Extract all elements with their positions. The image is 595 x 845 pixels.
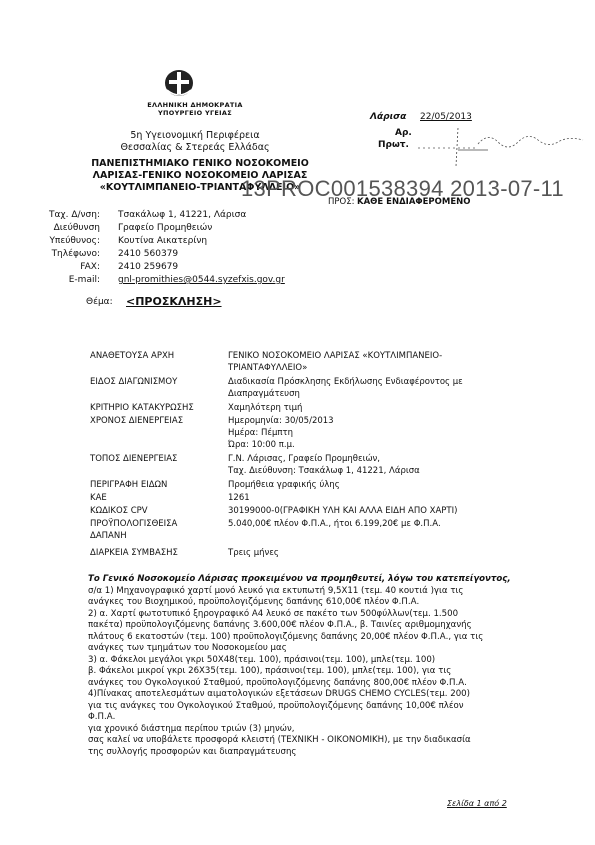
detail-label: ΚΑΕ — [90, 493, 107, 503]
body-line: 3) α. Φάκελοι μεγάλοι γκρι 50Χ48(τεμ. 10… — [88, 655, 435, 666]
detail-value: Ταχ. Διεύθυνση: Τσακάλωφ 1, 41221, Λάρισ… — [228, 466, 420, 476]
region-line-2: Θεσσαλίας & Στερεάς Ελλάδας — [110, 142, 280, 153]
detail-value: 1261 — [228, 493, 250, 503]
body-line: σας καλεί να υποβάλετε προσφορά κλειστή … — [88, 735, 471, 746]
detail-label: ΠΕΡΙΓΡΑΦΗ ΕΙΔΩΝ — [90, 480, 167, 490]
body-line: 2) α. Χαρτί φωτοτυπικό ξηρογραφικό Α4 λε… — [88, 609, 458, 620]
contact-fax-value: 2410 259679 — [118, 262, 178, 272]
detail-value: Ημερομηνία: 30/05/2013 — [228, 416, 334, 426]
handwritten-signature-icon — [418, 128, 588, 172]
contact-address-label: Ταχ. Δ/νση: — [30, 210, 100, 220]
contact-phone-label: Τηλέφωνο: — [30, 249, 100, 259]
body-line: πλάτους 6 εκατοστών (τεμ. 100) προϋπολογ… — [88, 632, 483, 643]
body-line: Φ.Π.Α. — [88, 712, 115, 723]
document-date: 22/05/2013 — [420, 112, 472, 122]
detail-label: ΚΡΙΤΗΡΙΟ ΚΑΤΑΚΥΡΩΣΗΣ — [90, 403, 194, 413]
detail-label: ΑΝΑΘΕΤΟΥΣΑ ΑΡΧΗ — [90, 351, 174, 361]
recipient-label: ΠΡΟΣ: — [328, 197, 354, 207]
detail-value: Διαδικασία Πρόσκλησης Εκδήλωσης Ενδιαφέρ… — [228, 377, 463, 387]
body-line: για τις ανάγκες του Ογκολογικού Σταθμού,… — [88, 701, 464, 712]
detail-value: Προμήθεια γραφικής ύλης — [228, 480, 340, 490]
detail-value: Γ.Ν. Λάρισας, Γραφείο Προμηθειών, — [228, 454, 380, 464]
state-line-1: ΕΛΛΗΝΙΚΗ ΔΗΜΟΚΡΑΤΙΑ — [130, 101, 260, 109]
body-line: πακέτα) προϋπολογιζόμενης δαπάνης 3.600,… — [88, 620, 472, 631]
detail-label: ΚΩΔΙΚΟΣ CPV — [90, 506, 148, 516]
detail-value: 30199000-0(ΓΡΑΦΙΚΗ ΥΛΗ ΚΑΙ ΑΛΛΑ ΕΙΔΗ ΑΠΟ… — [228, 506, 457, 516]
body-line: της συλλογής προσφορών και διαπραγμάτευσ… — [88, 747, 296, 758]
ref-label-protocol: Πρωτ. — [378, 140, 409, 150]
greek-coat-of-arms-icon — [163, 68, 195, 98]
detail-label: ΔΙΑΡΚΕΙΑ ΣΥΜΒΑΣΗΣ — [90, 548, 178, 558]
body-line: ανάγκες του Βιοχημικού, προϋπολογιζόμενη… — [88, 597, 419, 608]
detail-value: Τρεις μήνες — [228, 548, 279, 558]
contact-fax-label: FAX: — [30, 262, 100, 272]
detail-value: ΓΕΝΙΚΟ ΝΟΣΟΚΟΜΕΙΟ ΛΑΡΙΣΑΣ «ΚΟΥΤΛΙΜΠΑΝΕΙΟ… — [228, 351, 442, 361]
subject-label: Θέμα: — [86, 297, 113, 307]
detail-label: ΧΡΟΝΟΣ ΔΙΕΝΕΡΓΕΙΑΣ — [90, 416, 183, 426]
detail-label: ΠΡΟΫΠΟΛΟΓΙΣΘΕΙΣΑ — [90, 519, 177, 529]
hospital-line-1: ΠΑΝΕΠΙΣΤΗΜΙΑΚΟ ΓΕΝΙΚΟ ΝΟΣΟΚΟΜΕΙΟ — [80, 158, 320, 169]
contact-person-value: Κουτίνα Αικατερίνη — [118, 236, 207, 246]
subject-value: <ΠΡΟΣΚΛΗΣΗ> — [126, 295, 222, 308]
detail-label: ΤΟΠΟΣ ΔΙΕΝΕΡΓΕΙΑΣ — [90, 454, 177, 464]
detail-value: 5.040,00€ πλέον Φ.Π.Α., ήτοι 6.199,20€ μ… — [228, 519, 441, 529]
detail-value: Διαπραγμάτευση — [228, 389, 300, 399]
body-intro: Το Γενικό Νοσοκομείο Λάρισας προκειμένου… — [88, 574, 511, 585]
page-number: Σελίδα 1 από 2 — [447, 799, 507, 808]
body-line: ανάγκες του Ογκολογικού Σταθμού, προϋπολ… — [88, 678, 467, 689]
contact-phone-value: 2410 560379 — [118, 249, 178, 259]
body-line: για χρονικό διάστημα περίπου τριών (3) μ… — [88, 724, 295, 735]
state-line-2: ΥΠΟΥΡΓΕΙΟ ΥΓΕΙΑΣ — [130, 109, 260, 117]
place-label: Λάρισα — [370, 112, 406, 122]
detail-value: Ώρα: 10:00 π.μ. — [228, 440, 295, 450]
detail-label: ΕΙΔΟΣ ΔΙΑΓΩΝΙΣΜΟΥ — [90, 377, 177, 387]
contact-department-label: Διεύθυνση — [30, 223, 100, 233]
region-line-1: 5η Υγειονομική Περιφέρεια — [110, 130, 280, 141]
recipient-value: ΚΑΘΕ ΕΝΔΙΑΦΕΡΟΜΕΝΟ — [357, 197, 471, 207]
body-line: β. Φάκελοι μικροί γκρι 26Χ35(τεμ. 100), … — [88, 666, 451, 677]
ref-label-number: Αρ. — [395, 128, 412, 138]
contact-department-value: Γραφείο Προμηθειών — [118, 223, 212, 233]
body-line: ανάγκες των τμημάτων του Νοσοκομείου μας — [88, 643, 287, 654]
detail-value: Ημέρα: Πέμπτη — [228, 428, 293, 438]
contact-email-link[interactable]: gnl-promithies@0544.syzefxis.gov.gr — [118, 275, 285, 285]
detail-label: ΔΑΠΑΝΗ — [90, 531, 127, 541]
contact-email-label: E-mail: — [30, 275, 100, 285]
body-line: σ/α 1) Μηχανογραφικό χαρτί μονό λευκό γι… — [88, 586, 463, 597]
detail-value: Χαμηλότερη τιμή — [228, 403, 302, 413]
detail-value: ΤΡΙΑΝΤΑΦΥΛΛΕΙΟ» — [228, 363, 307, 373]
contact-person-label: Υπεύθυνος: — [30, 236, 100, 246]
contact-address-value: Τσακάλωφ 1, 41221, Λάρισα — [118, 210, 246, 220]
body-line: 4)Πίνακας αποτελεσμάτων αιματολογικών εξ… — [88, 689, 470, 700]
